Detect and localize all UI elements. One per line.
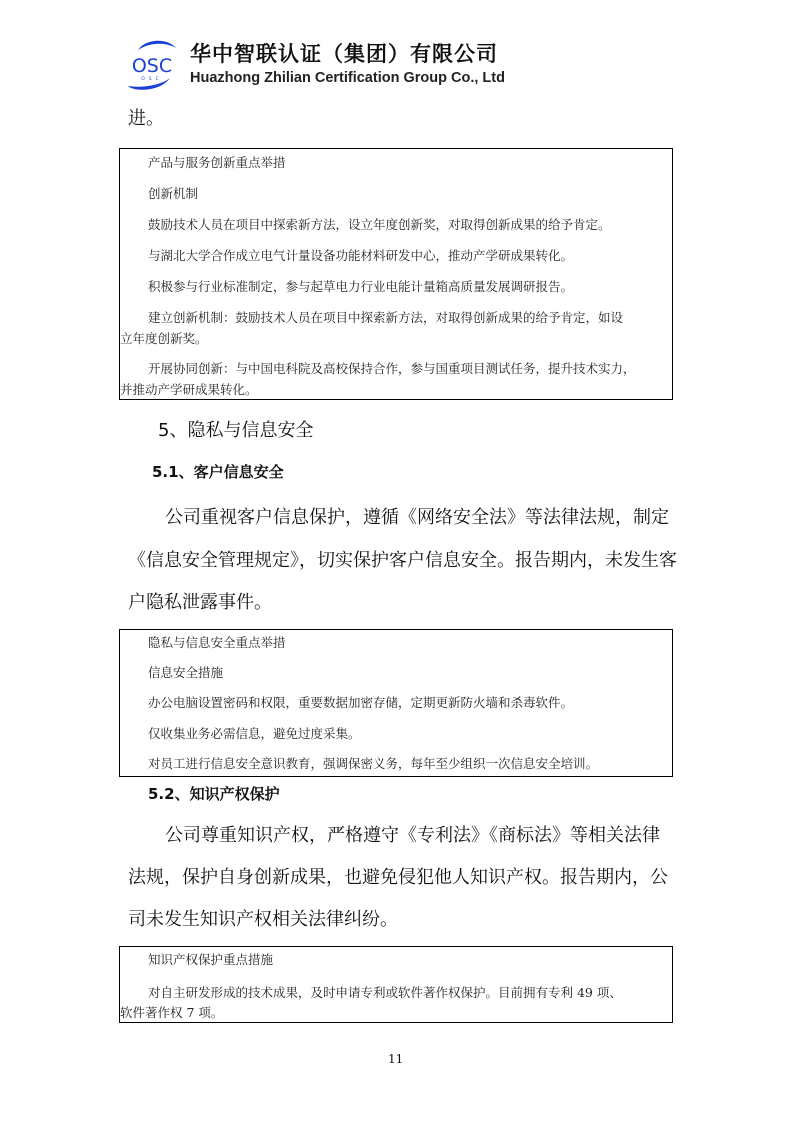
box-line: 立年度创新奖。 bbox=[120, 329, 208, 347]
box-title: 知识产权保护重点措施 bbox=[148, 950, 273, 968]
box-line: 并推动产学研成果转化。 bbox=[120, 380, 258, 398]
company-name-en: Huazhong Zhilian Certification Group Co.… bbox=[190, 70, 505, 86]
box-line: 办公电脑设置密码和权限，重要数据加密存储，定期更新防火墙和杀毒软件。 bbox=[148, 693, 573, 711]
subsection-heading: 5.2、知识产权保护 bbox=[148, 783, 280, 804]
company-name-cn: 华中智联认证（集团）有限公司 bbox=[190, 38, 498, 68]
box-line: 对自主研发形成的技术成果，及时申请专利或软件著作权保护。目前拥有专利 49 项、 bbox=[148, 983, 622, 1001]
box-line: 鼓励技术人员在项目中探索新方法，设立年度创新奖，对取得创新成果的给予肯定。 bbox=[148, 215, 611, 233]
paragraph-line: 司未发生知识产权相关法律纠纷。 bbox=[128, 905, 398, 931]
svg-text:OSC: OSC bbox=[132, 55, 172, 77]
ip-measures-box: 知识产权保护重点措施 对自主研发形成的技术成果，及时申请专利或软件著作权保护。目… bbox=[119, 946, 673, 1023]
box-line: 对员工进行信息安全意识教育，强调保密义务，每年至少组织一次信息安全培训。 bbox=[148, 754, 598, 772]
osc-logo-icon: OSC OSC bbox=[124, 36, 180, 92]
company-logo: OSC OSC bbox=[124, 36, 180, 92]
box-line: 建立创新机制：鼓励技术人员在项目中探索新方法，对取得创新成果的给予肯定，如设 bbox=[148, 308, 623, 326]
page-number: 11 bbox=[388, 1052, 403, 1066]
paragraph-line: 公司重视客户信息保护，遵循《网络安全法》等法律法规，制定 bbox=[165, 503, 669, 529]
box-subtitle: 信息安全措施 bbox=[148, 663, 223, 681]
paragraph-line: 公司尊重知识产权，严格遵守《专利法》《商标法》等相关法律 bbox=[165, 821, 660, 847]
section-heading: 5、隐私与信息安全 bbox=[158, 416, 313, 442]
box-title: 产品与服务创新重点举措 bbox=[148, 153, 286, 171]
subsection-heading: 5.1、客户信息安全 bbox=[152, 461, 284, 482]
box-line: 开展协同创新：与中国电科院及高校保持合作，参与国重项目测试任务，提升技术实力， bbox=[148, 359, 636, 377]
paragraph-line: 《信息安全管理规定》，切实保护客户信息安全。报告期内，未发生客 bbox=[128, 546, 677, 572]
svg-text:OSC: OSC bbox=[141, 76, 163, 82]
box-line: 仅收集业务必需信息，避免过度采集。 bbox=[148, 724, 361, 742]
innovation-measures-box: 产品与服务创新重点举措 创新机制 鼓励技术人员在项目中探索新方法，设立年度创新奖… bbox=[119, 148, 673, 400]
continuation-text: 进。 bbox=[128, 104, 164, 130]
box-title: 隐私与信息安全重点举措 bbox=[148, 633, 286, 651]
paragraph-line: 法规，保护自身创新成果，也避免侵犯他人知识产权。报告期内，公 bbox=[128, 863, 668, 889]
paragraph-line: 户隐私泄露事件。 bbox=[128, 588, 272, 614]
box-line: 积极参与行业标准制定，参与起草电力行业电能计量箱高质量发展调研报告。 bbox=[148, 277, 573, 295]
privacy-measures-box: 隐私与信息安全重点举措 信息安全措施 办公电脑设置密码和权限，重要数据加密存储，… bbox=[119, 629, 673, 777]
box-line: 软件著作权 7 项。 bbox=[120, 1003, 223, 1021]
box-subtitle: 创新机制 bbox=[148, 184, 198, 202]
box-line: 与湖北大学合作成立电气计量设备功能材料研发中心，推动产学研成果转化。 bbox=[148, 246, 573, 264]
